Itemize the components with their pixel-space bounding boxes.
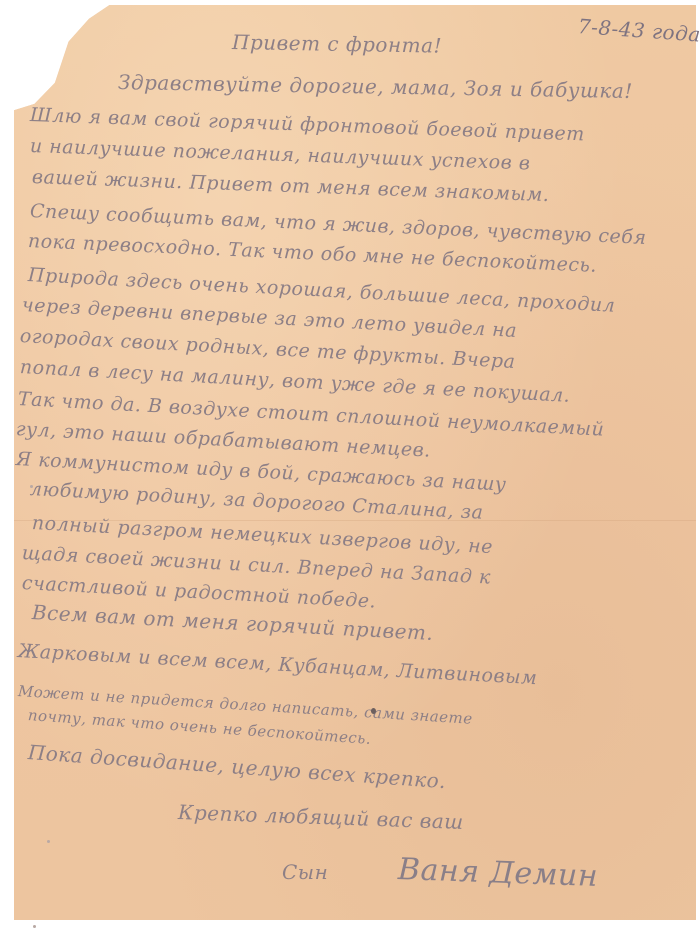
paper-speck	[33, 925, 36, 928]
letter-signature: Ваня Демин	[397, 852, 598, 894]
ink-blot	[371, 708, 376, 714]
paper-speck	[47, 840, 50, 843]
letter-closing-son: Сын	[282, 860, 328, 884]
ink-mark	[30, 485, 33, 488]
letter-title: Привет с фронта!	[232, 30, 442, 58]
